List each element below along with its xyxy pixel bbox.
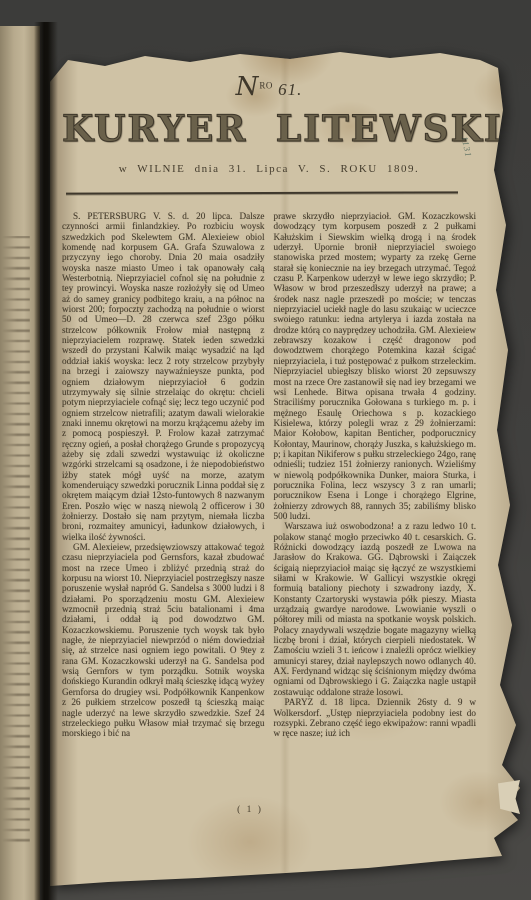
issue-sup: RO [259, 80, 273, 90]
masthead: NRO 61. KURYER LITEWSKI w WILNIE dnia 31… [62, 72, 476, 175]
issue-n-glyph: N [236, 72, 260, 102]
torn-paper-flap [498, 780, 520, 814]
article-columns: S. PETERSBURG V. S. d. 20 lipca. Dalsze … [62, 211, 476, 739]
article-paragraph: PARYZ d. 18 lipca. Dziennik 26sty d. 9 w… [274, 697, 477, 738]
scanned-newspaper-page: NRO 61. KURYER LITEWSKI w WILNIE dnia 31… [0, 0, 531, 900]
article-paragraph: GM. Alexieiew, przedsięwziowszy attakowa… [62, 542, 265, 739]
dateline: w WILNIE dnia 31. Lipca V. S. ROKU 1809. [62, 163, 476, 175]
page-number: ( 1 ) [200, 805, 300, 815]
left-column: S. PETERSBURG V. S. d. 20 lipca. Dalsze … [62, 211, 265, 739]
issue-number: 61. [278, 80, 302, 99]
issue-number-line: NRO 61. [62, 72, 476, 102]
newspaper-page: NRO 61. KURYER LITEWSKI w WILNIE dnia 31… [50, 0, 520, 900]
article-paragraph: Warszawa iuż oswobodzona! a z razu ledwo… [274, 521, 477, 697]
newspaper-title: KURYER LITEWSKI [62, 108, 476, 150]
right-column: prawe skrzydło nieprzyiacioł. GM. Kozacz… [274, 211, 477, 739]
article-paragraph: prawe skrzydło nieprzyiacioł. GM. Kozacz… [274, 211, 477, 521]
page-wrapper: NRO 61. KURYER LITEWSKI w WILNIE dnia 31… [0, 0, 531, 900]
masthead-rule [66, 191, 458, 194]
article-paragraph: S. PETERSBURG V. S. d. 20 lipca. Dalsze … [62, 211, 265, 542]
